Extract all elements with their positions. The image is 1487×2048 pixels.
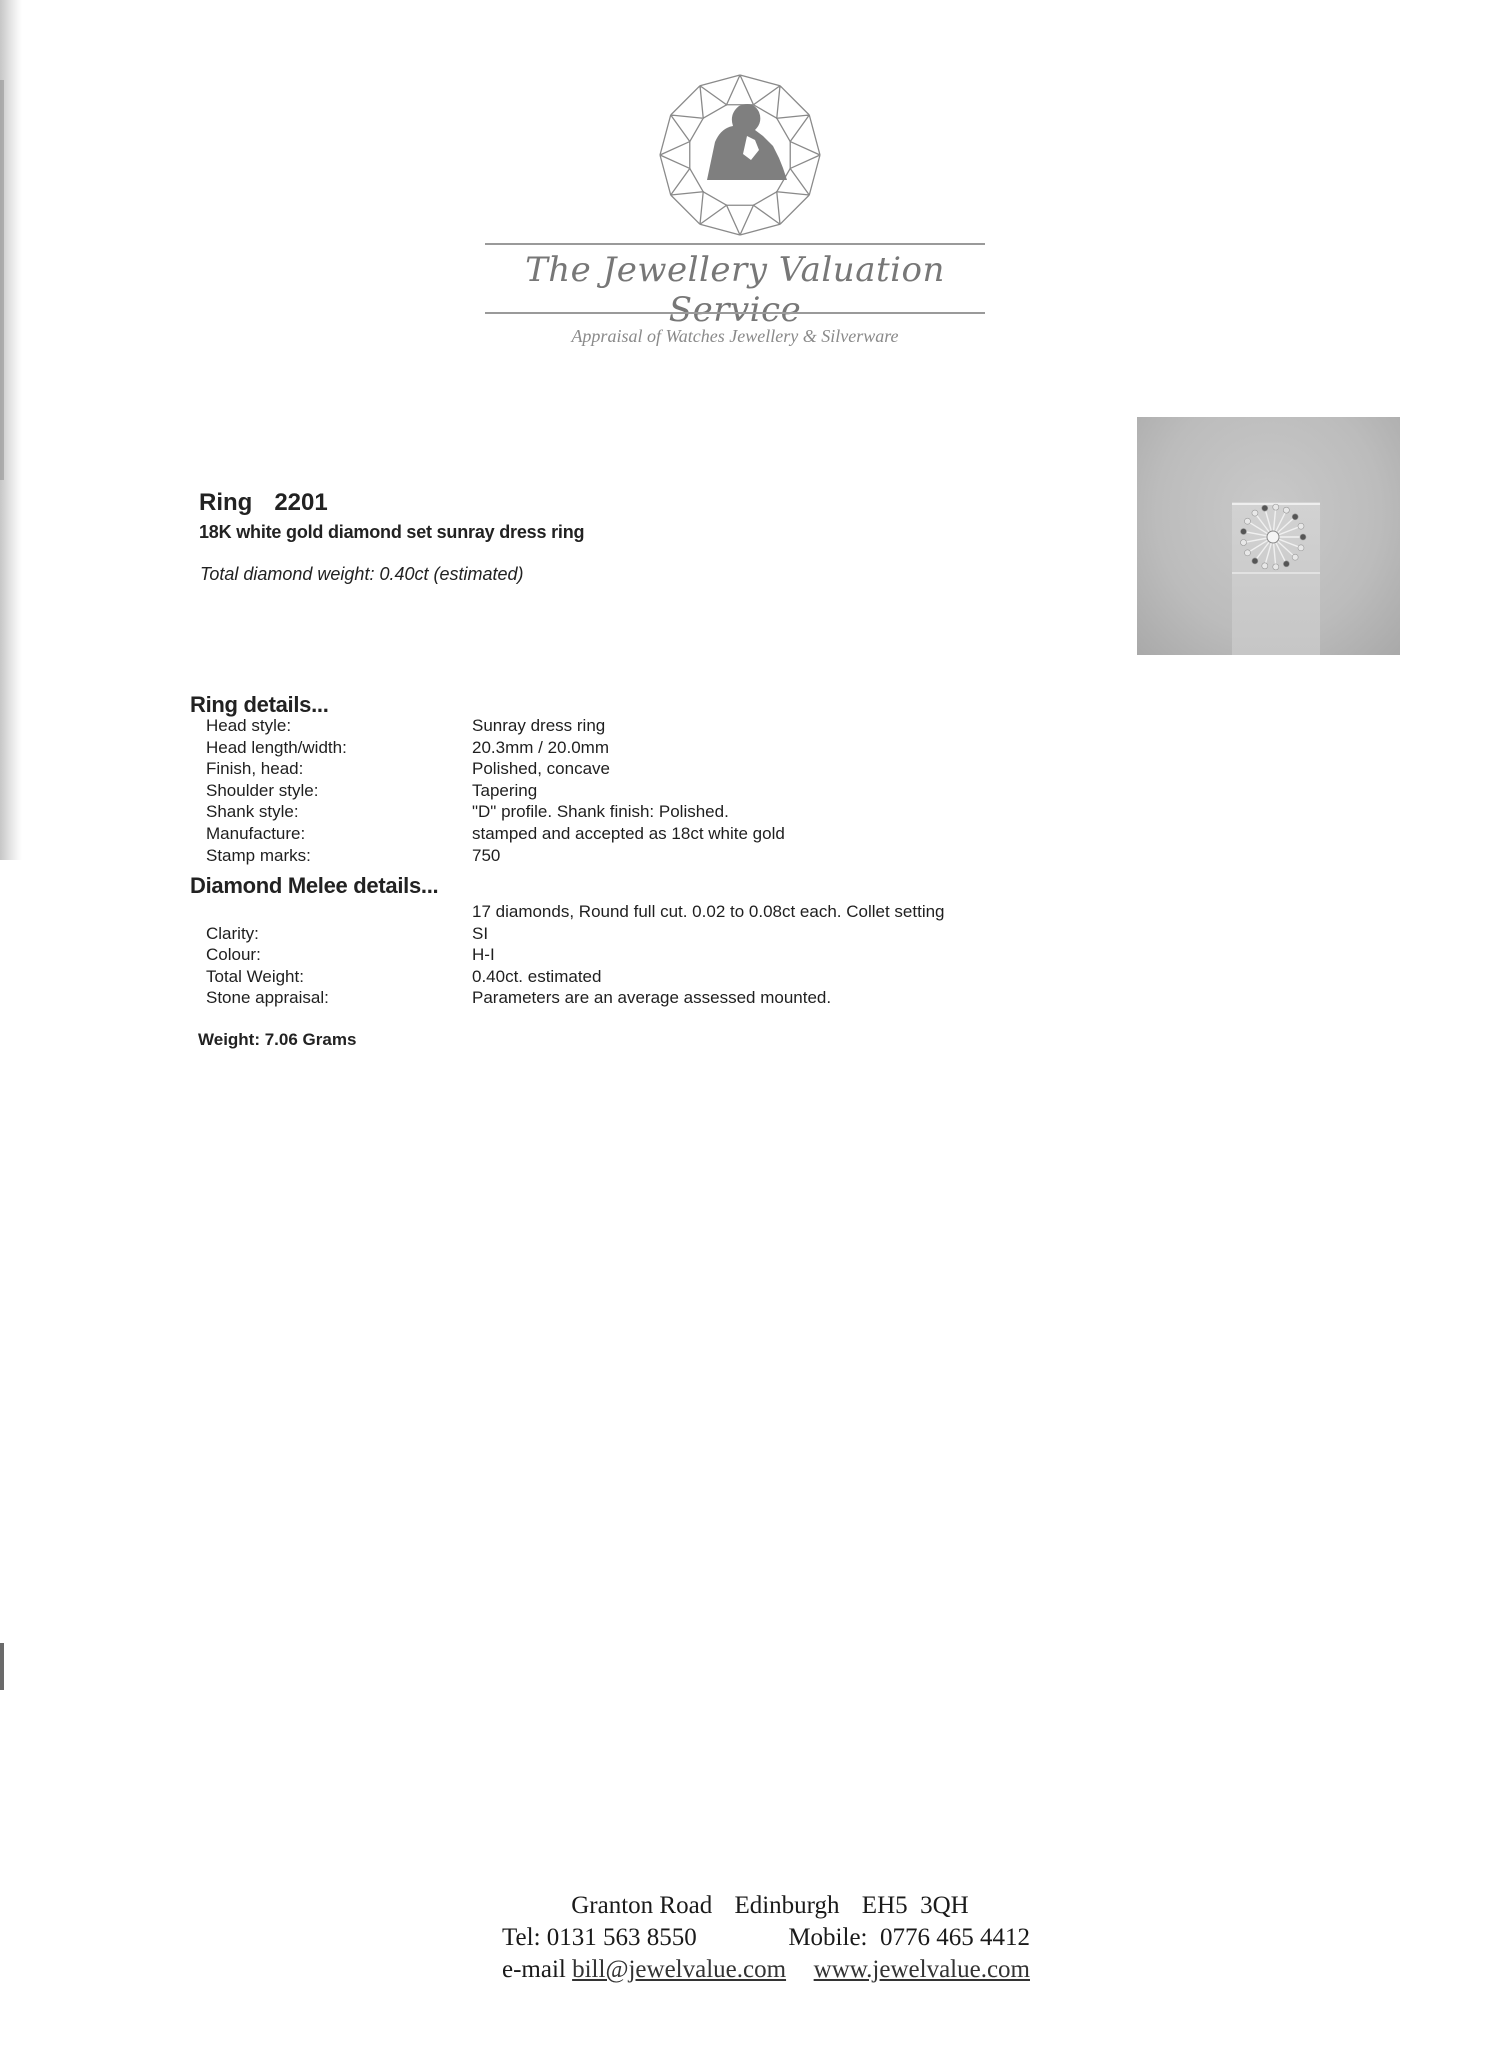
detail-value: Parameters are an average assessed mount… xyxy=(472,988,831,1008)
detail-value: "D" profile. Shank finish: Polished. xyxy=(472,802,729,822)
scan-edge-shadow xyxy=(0,80,4,480)
detail-label: Stone appraisal: xyxy=(206,988,329,1008)
brand-title: The Jewellery Valuation Service xyxy=(485,250,985,330)
detail-value: stamped and accepted as 18ct white gold xyxy=(472,824,785,844)
detail-label: Total Weight: xyxy=(206,967,304,987)
email-group: e-mail bill@jewelvalue.com xyxy=(502,1954,786,1986)
diamond-details-heading: Diamond Melee details... xyxy=(190,873,438,899)
telephone: Tel: 0131 563 8550 xyxy=(502,1922,697,1954)
detail-row: Stone appraisal:Parameters are an averag… xyxy=(206,988,1106,1008)
detail-label: Shoulder style: xyxy=(206,781,318,801)
detail-value: Tapering xyxy=(472,781,537,801)
detail-row: Shoulder style:Tapering xyxy=(206,781,1106,801)
detail-label: Head style: xyxy=(206,716,291,736)
detail-value: 750 xyxy=(472,846,500,866)
detail-row: Head style:Sunray dress ring xyxy=(206,716,1106,736)
item-description: 18K white gold diamond set sunray dress … xyxy=(199,522,584,543)
detail-row: Shank style:"D" profile. Shank finish: P… xyxy=(206,802,1106,822)
footer-phones: Tel: 0131 563 8550 Mobile: 0776 465 4412 xyxy=(480,1922,1050,1954)
ring-photo xyxy=(1137,417,1400,655)
detail-value: H-I xyxy=(472,945,495,965)
detail-label: Head length/width: xyxy=(206,738,347,758)
address-postcode: EH5 3QH xyxy=(862,1892,969,1919)
detail-row: Head length/width:20.3mm / 20.0mm xyxy=(206,738,1106,758)
address-street: Granton Road xyxy=(571,1892,712,1919)
scan-mark xyxy=(0,1643,4,1690)
detail-row: Total Weight:0.40ct. estimated xyxy=(206,967,1106,987)
detail-label: Colour: xyxy=(206,945,261,965)
item-title: Ring2201 xyxy=(199,489,328,517)
website-link[interactable]: www.jewelvalue.com xyxy=(814,1954,1030,1986)
footer-contact: Granton Road Edinburgh EH5 3QH Tel: 0131… xyxy=(480,1890,1050,1986)
detail-value: SI xyxy=(472,924,488,944)
detail-label: Clarity: xyxy=(206,924,259,944)
brand-tagline: Appraisal of Watches Jewellery & Silverw… xyxy=(485,326,985,347)
header-rule-top xyxy=(485,243,985,245)
diamond-jeweller-logo-icon xyxy=(655,70,825,240)
detail-label: Stamp marks: xyxy=(206,846,311,866)
detail-label: Manufacture: xyxy=(206,824,305,844)
detail-row: Stamp marks:750 xyxy=(206,846,1106,866)
item-gross-weight: Weight: 7.06 Grams xyxy=(198,1030,356,1050)
detail-row: 17 diamonds, Round full cut. 0.02 to 0.0… xyxy=(206,902,1106,922)
detail-row: Finish, head:Polished, concave xyxy=(206,759,1106,779)
sunray-ring-icon xyxy=(1233,497,1323,587)
email-link[interactable]: bill@jewelvalue.com xyxy=(572,1956,786,1983)
email-label: e-mail xyxy=(502,1956,566,1983)
detail-value: Polished, concave xyxy=(472,759,610,779)
footer-online: e-mail bill@jewelvalue.com www.jewelvalu… xyxy=(480,1954,1050,1986)
header-rule-bottom xyxy=(485,312,985,314)
footer-address: Granton Road Edinburgh EH5 3QH xyxy=(480,1890,1050,1922)
total-diamond-weight: Total diamond weight: 0.40ct (estimated) xyxy=(200,564,524,585)
ring-details-heading: Ring details... xyxy=(190,692,329,718)
item-number: 2201 xyxy=(274,489,327,516)
detail-label: Finish, head: xyxy=(206,759,303,779)
detail-row: Clarity:SI xyxy=(206,924,1106,944)
address-city: Edinburgh xyxy=(734,1892,839,1919)
detail-row: Colour:H-I xyxy=(206,945,1106,965)
detail-value: 20.3mm / 20.0mm xyxy=(472,738,609,758)
detail-value: Sunray dress ring xyxy=(472,716,605,736)
detail-label: Shank style: xyxy=(206,802,299,822)
item-type: Ring xyxy=(199,489,252,516)
detail-value: 17 diamonds, Round full cut. 0.02 to 0.0… xyxy=(472,902,945,922)
mobile: Mobile: 0776 465 4412 xyxy=(788,1922,1030,1954)
detail-row: Manufacture:stamped and accepted as 18ct… xyxy=(206,824,1106,844)
detail-value: 0.40ct. estimated xyxy=(472,967,601,987)
